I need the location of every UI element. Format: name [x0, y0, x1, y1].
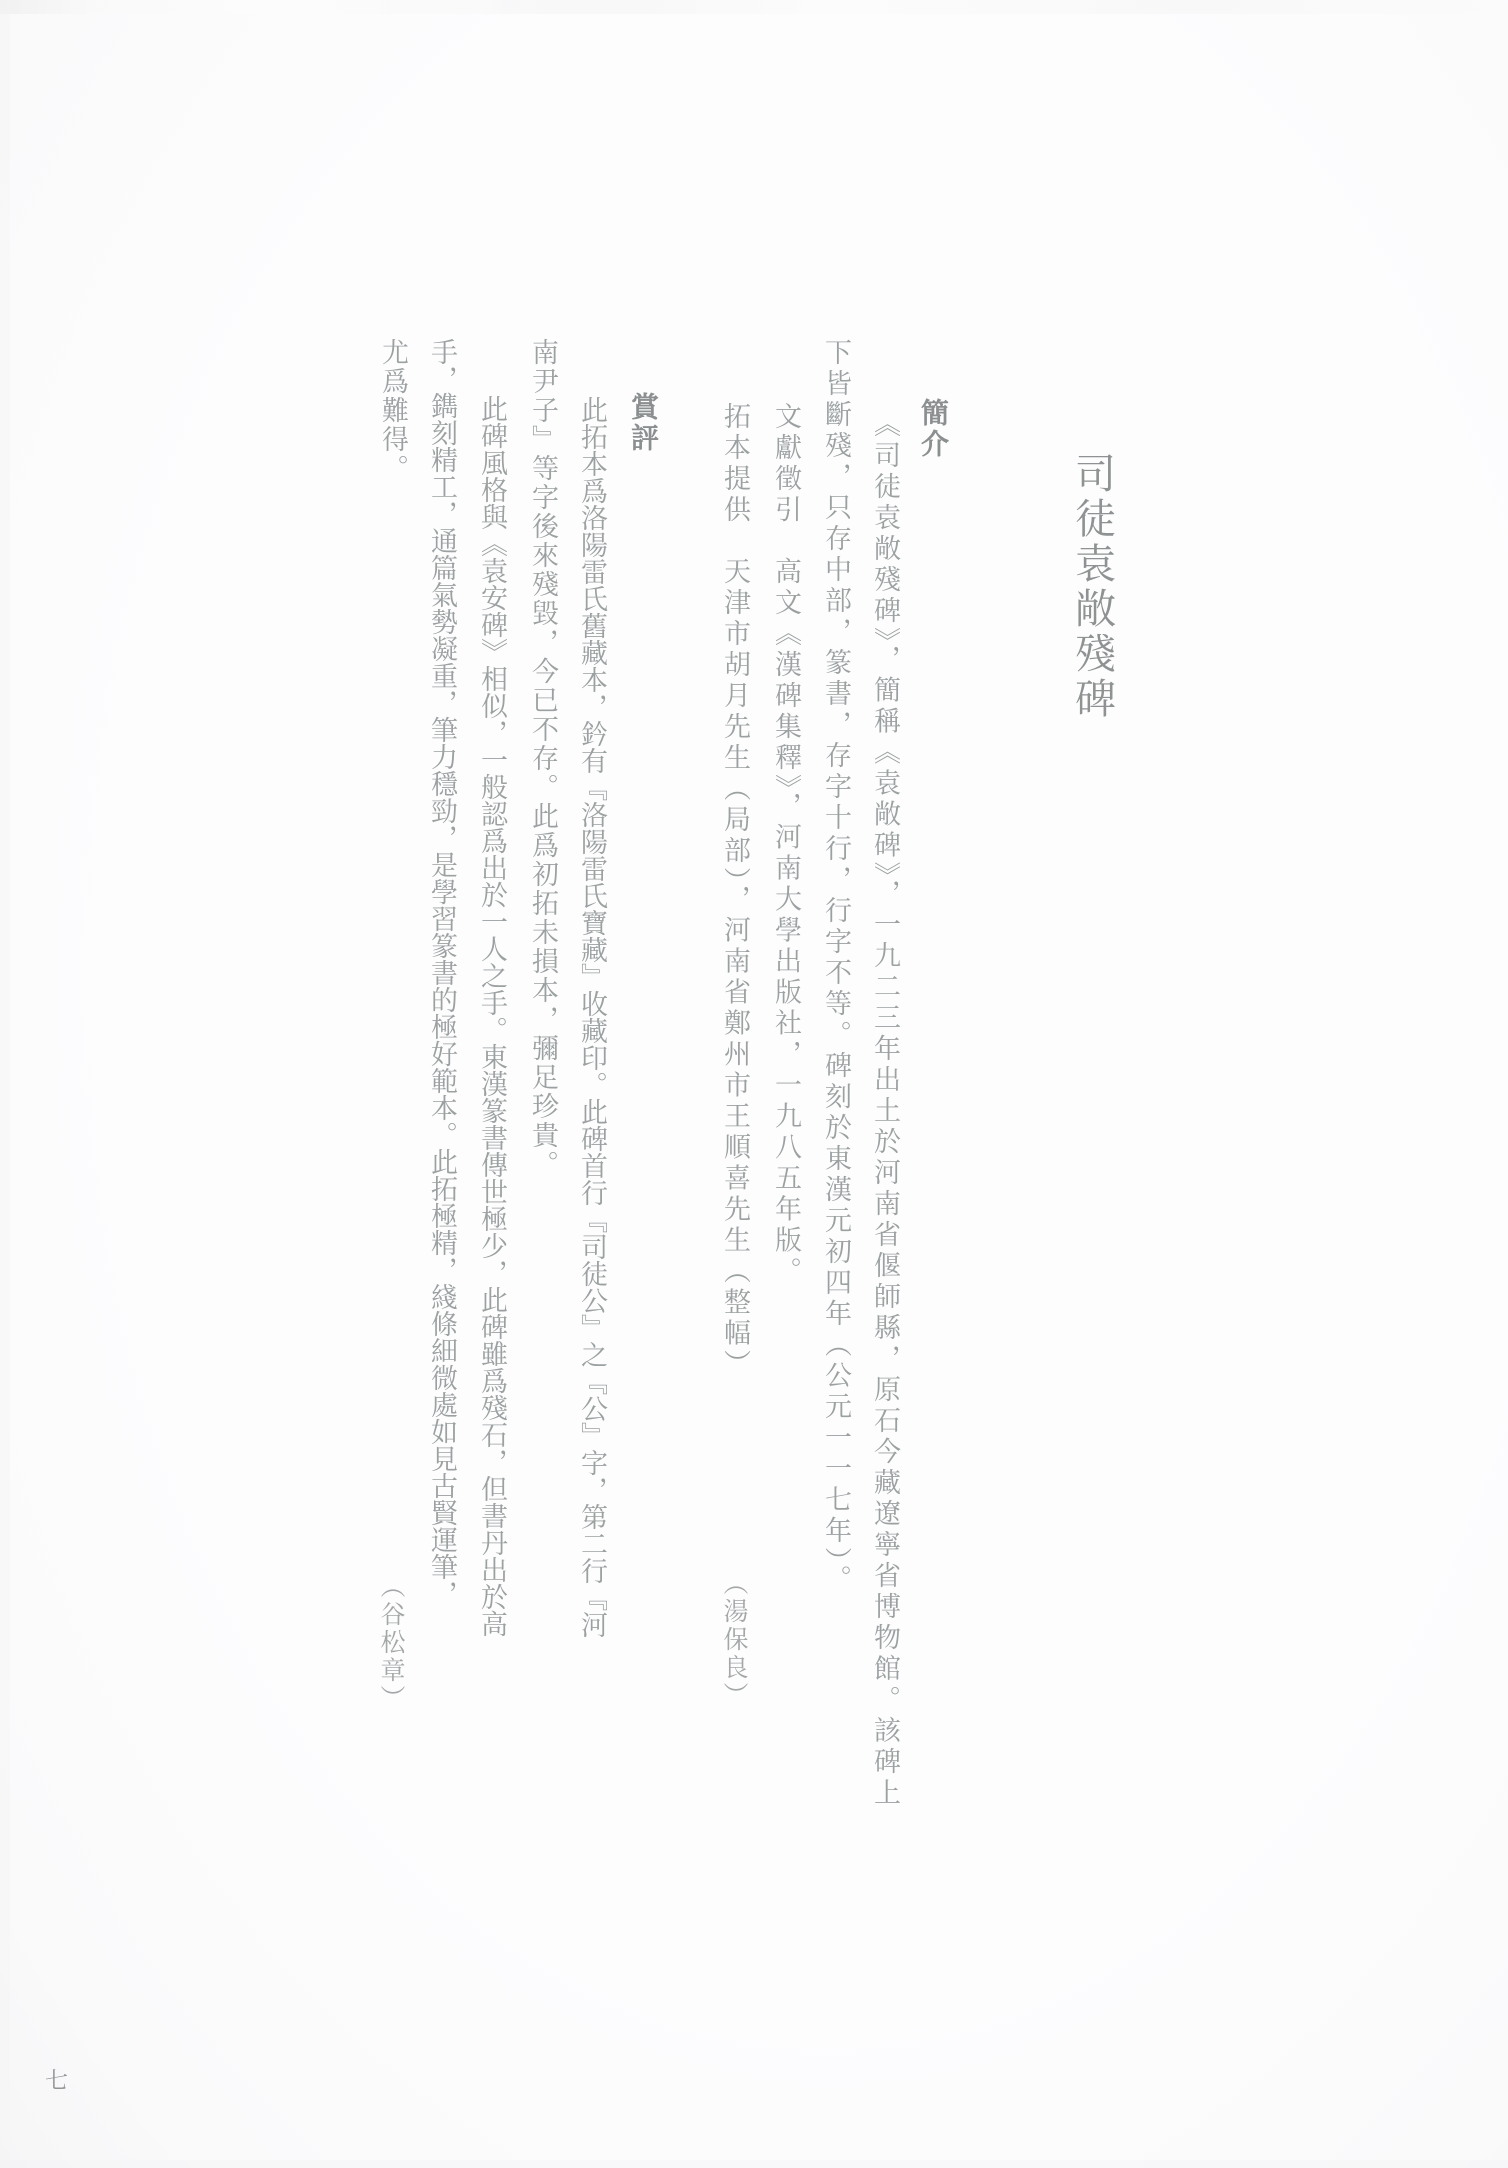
section-heading-review: 賞評: [627, 392, 659, 454]
author-attribution: （谷松章）: [375, 1573, 405, 1713]
section-heading-intro: 簡介: [917, 398, 949, 460]
scanned-book-page: 司徒袁敞殘碑 簡介 《司徒袁敞殘碑》，簡稱《袁敞碑》，一九二三年出土於河南省偃師…: [0, 0, 1508, 2168]
text-column: 此碑風格與《袁安碑》相似，一般認爲出於一人之手。東漢篆書傳世極少，此碑雖爲殘石，…: [476, 395, 508, 1637]
page-title: 司徒袁敞殘碑: [1068, 452, 1116, 722]
text-column: 手，鐫刻精工，通篇氣勢凝重，筆力穩勁，是學習篆書的極好範本。此拓極精，綫條細微處…: [426, 338, 458, 1607]
text-column-rubbing-credit: 拓本提供 天津市胡月先生（局部），河南省鄭州市王順喜先生（整幅）: [719, 402, 751, 1381]
scan-edge-artifact: [0, 0, 10, 2168]
text-column: 下皆斷殘，只存中部，篆書，存字十行，行字不等。碑刻於東漢元初四年（公元一一七年）…: [820, 338, 852, 1596]
scan-edge-artifact: [0, 2160, 1508, 2168]
text-column: 尤爲難得。: [377, 338, 409, 483]
scan-edge-artifact: [0, 0, 1508, 14]
page-number: 七: [45, 2062, 68, 2095]
author-attribution: （湯保良）: [718, 1570, 748, 1710]
text-column-references: 文獻徵引 高文《漢碑集釋》，河南大學出版社，一九八五年版。: [770, 402, 802, 1288]
text-column: 此拓本爲洛陽雷氏舊藏本，鈐有『洛陽雷氏寶藏』收藏印。此碑首行『司徒公』之『公』字…: [576, 396, 608, 1638]
text-column: 南尹子』等字後來殘毀，今已不存。此爲初拓未損本，彌足珍貴。: [527, 338, 559, 1179]
text-column: 《司徒袁敞殘碑》，簡稱《袁敞碑》，一九二三年出土於河南省偃師縣，原石今藏遼寧省博…: [869, 410, 901, 1809]
